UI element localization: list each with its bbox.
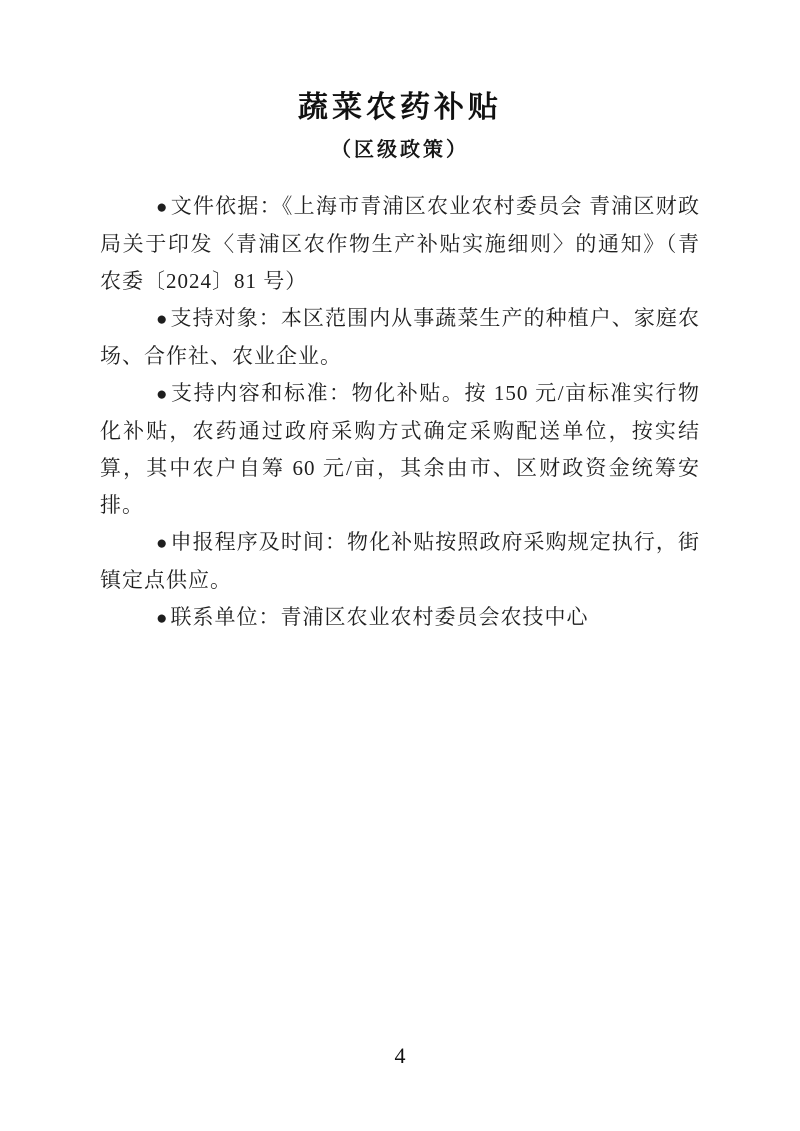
page-subtitle: （区级政策） — [100, 136, 700, 164]
bullet-icon: ● — [156, 608, 168, 629]
paragraph-file-basis: ●文件依据：《上海市青浦区农业农村委员会 青浦区财政局关于印发〈青浦区农作物生产… — [100, 188, 700, 300]
document-page: 蔬菜农药补贴 （区级政策） ●文件依据：《上海市青浦区农业农村委员会 青浦区财政… — [0, 0, 800, 1131]
paragraph-text: 支持对象：本区范围内从事蔬菜生产的种植户、家庭农场、合作社、农业企业。 — [100, 306, 700, 368]
paragraph-text: 文件依据：《上海市青浦区农业农村委员会 青浦区财政局关于印发〈青浦区农作物生产补… — [100, 194, 700, 293]
document-content: 蔬菜农药补贴 （区级政策） ●文件依据：《上海市青浦区农业农村委员会 青浦区财政… — [100, 90, 700, 637]
paragraph-support-target: ●支持对象：本区范围内从事蔬菜生产的种植户、家庭农场、合作社、农业企业。 — [100, 300, 700, 375]
bullet-icon: ● — [156, 533, 169, 554]
paragraph-text: 联系单位：青浦区农业农村委员会农技中心 — [170, 605, 588, 629]
page-title: 蔬菜农药补贴 — [100, 90, 700, 126]
paragraph-text: 申报程序及时间：物化补贴按照政府采购规定执行，街镇定点供应。 — [100, 530, 700, 592]
page-number: 4 — [0, 1043, 800, 1069]
paragraph-application-procedure: ●申报程序及时间：物化补贴按照政府采购规定执行，街镇定点供应。 — [100, 524, 700, 599]
bullet-icon: ● — [156, 384, 169, 405]
paragraph-text: 支持内容和标准：物化补贴。按 150 元/亩标准实行物化补贴，农药通过政府采购方… — [100, 381, 700, 517]
bullet-icon: ● — [156, 309, 169, 330]
bullet-icon: ● — [156, 197, 169, 218]
paragraph-contact-unit: ●联系单位：青浦区农业农村委员会农技中心 — [100, 599, 700, 637]
paragraph-support-content: ●支持内容和标准：物化补贴。按 150 元/亩标准实行物化补贴，农药通过政府采购… — [100, 375, 700, 524]
